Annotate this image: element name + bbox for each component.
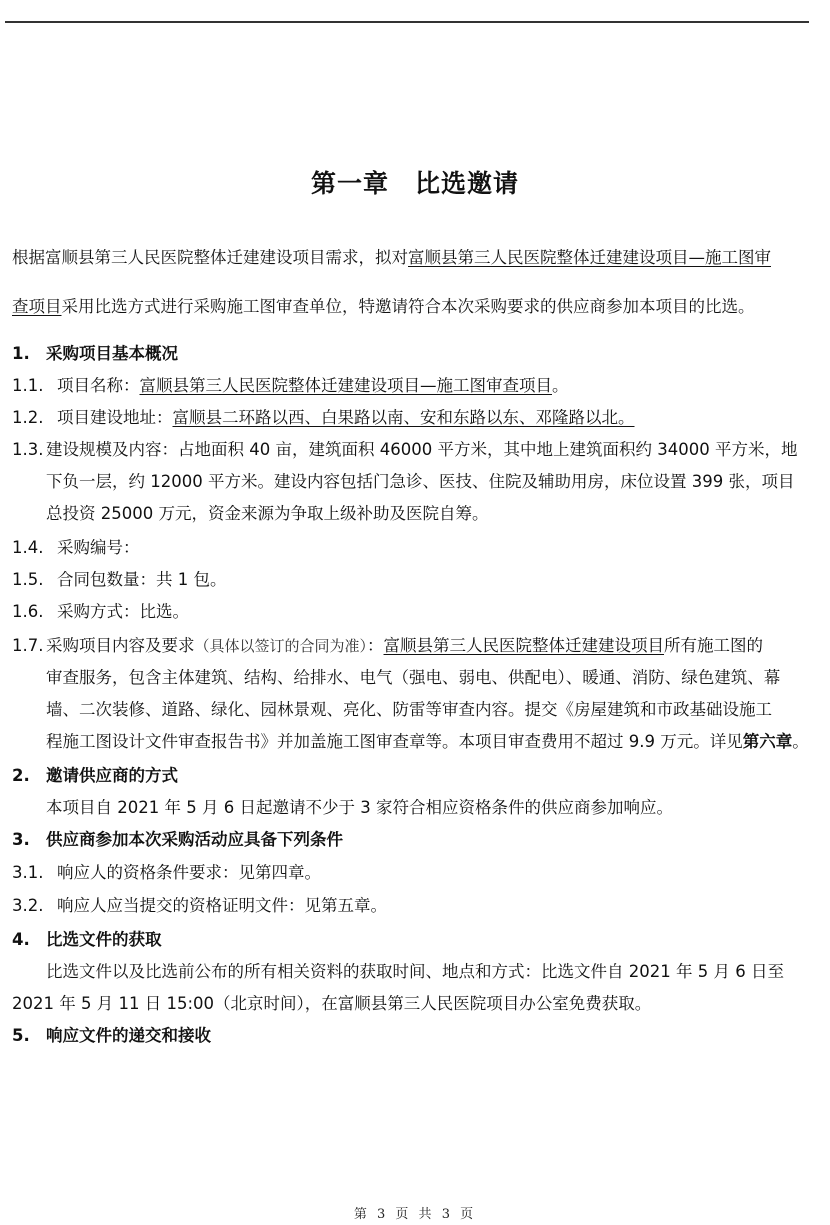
item-1-7-line-4: 程施工图设计文件审查报告书》并加盖施工图审查章等。本项目审查费用不超过 9.9 … [46, 731, 809, 753]
chapter-name: 比选邀请 [415, 169, 519, 198]
section-3-heading: 3.供应商参加本次采购活动应具备下列条件 [12, 829, 343, 851]
item-3-1: 3.1.响应人的资格条件要求：见第四章。 [12, 862, 321, 884]
item-3-2: 3.2.响应人应当提交的资格证明文件：见第五章。 [12, 895, 387, 917]
project-link[interactable]: 富顺县第三人民医院整体迁建建设项目 [384, 636, 665, 655]
item-1-3-line-1: 1.3.建设规模及内容：占地面积 40 亩，建筑面积 46000 平方米，其中地… [12, 439, 797, 461]
intro-text: 采用比选方式进行采购施工图审查单位，特邀请符合本次采购要求的供应商参加本项目的比… [62, 297, 755, 316]
item-1-5: 1.5.合同包数量：共 1 包。 [12, 569, 227, 591]
item-1-3-line-3: 总投资 25000 万元，资金来源为争取上级补助及医院自筹。 [46, 503, 488, 525]
item-1-7-line-1: 1.7.采购项目内容及要求（具体以签订的合同为准）：富顺县第三人民医院整体迁建建… [12, 635, 763, 657]
chapter-number: 第一章 [311, 169, 389, 198]
project-link[interactable]: 富顺县第三人民医院整体迁建建设项目—施工图审 [408, 248, 771, 267]
item-1-2: 1.2.项目建设地址：富顺县二环路以西、白果路以南、安和东路以东、邓隆路以北。 [12, 407, 635, 429]
item-1-4: 1.4.采购编号： [12, 537, 140, 559]
intro-line-2: 查项目采用比选方式进行采购施工图审查单位，特邀请符合本次采购要求的供应商参加本项… [12, 296, 755, 318]
intro-line-1: 根据富顺县第三人民医院整体迁建建设项目需求，拟对富顺县第三人民医院整体迁建建设项… [12, 247, 771, 269]
section-4-line-1: 比选文件以及比选前公布的所有相关资料的获取时间、地点和方式：比选文件自 2021… [46, 961, 784, 983]
intro-text: 根据富顺县第三人民医院整体迁建建设项目需求，拟对 [12, 248, 408, 267]
item-1-7-line-2: 审查服务，包含主体建筑、结构、给排水、电气（强电、弱电、供配电）、暖通、消防、绿… [46, 667, 780, 689]
section-1-heading: 1.采购项目基本概况 [12, 343, 178, 365]
chapter-title: 第一章比选邀请 [0, 164, 830, 200]
section-2-body: 本项目自 2021 年 5 月 6 日起邀请不少于 3 家符合相应资格条件的供应… [46, 797, 673, 819]
header-rule [5, 21, 809, 23]
section-5-heading: 5.响应文件的递交和接收 [12, 1025, 211, 1047]
item-1-7-line-3: 墙、二次装修、道路、绿化、园林景观、亮化、防雷等审查内容。提交《房屋建筑和市政基… [46, 699, 772, 721]
item-1-6: 1.6.采购方式：比选。 [12, 601, 189, 623]
item-1-1: 1.1.项目名称：富顺县第三人民医院整体迁建建设项目—施工图审查项目。 [12, 375, 569, 397]
section-4-line-2: 2021 年 5 月 11 日 15:00（北京时间），在富顺县第三人民医院项目… [12, 993, 651, 1015]
item-1-3-line-2: 下负一层，约 12000 平方米。建设内容包括门急诊、医技、住院及辅助用房，床位… [46, 471, 794, 493]
page-number: 第 3 页 共 3 页 [0, 1203, 830, 1222]
section-2-heading: 2.邀请供应商的方式 [12, 765, 178, 787]
project-name-value: 富顺县第三人民医院整体迁建建设项目—施工图审查项目 [140, 376, 553, 395]
project-address-value: 富顺县二环路以西、白果路以南、安和东路以东、邓隆路以北。 [173, 408, 635, 427]
section-4-heading: 4.比选文件的获取 [12, 929, 162, 951]
project-link-cont[interactable]: 查项目 [12, 297, 62, 316]
